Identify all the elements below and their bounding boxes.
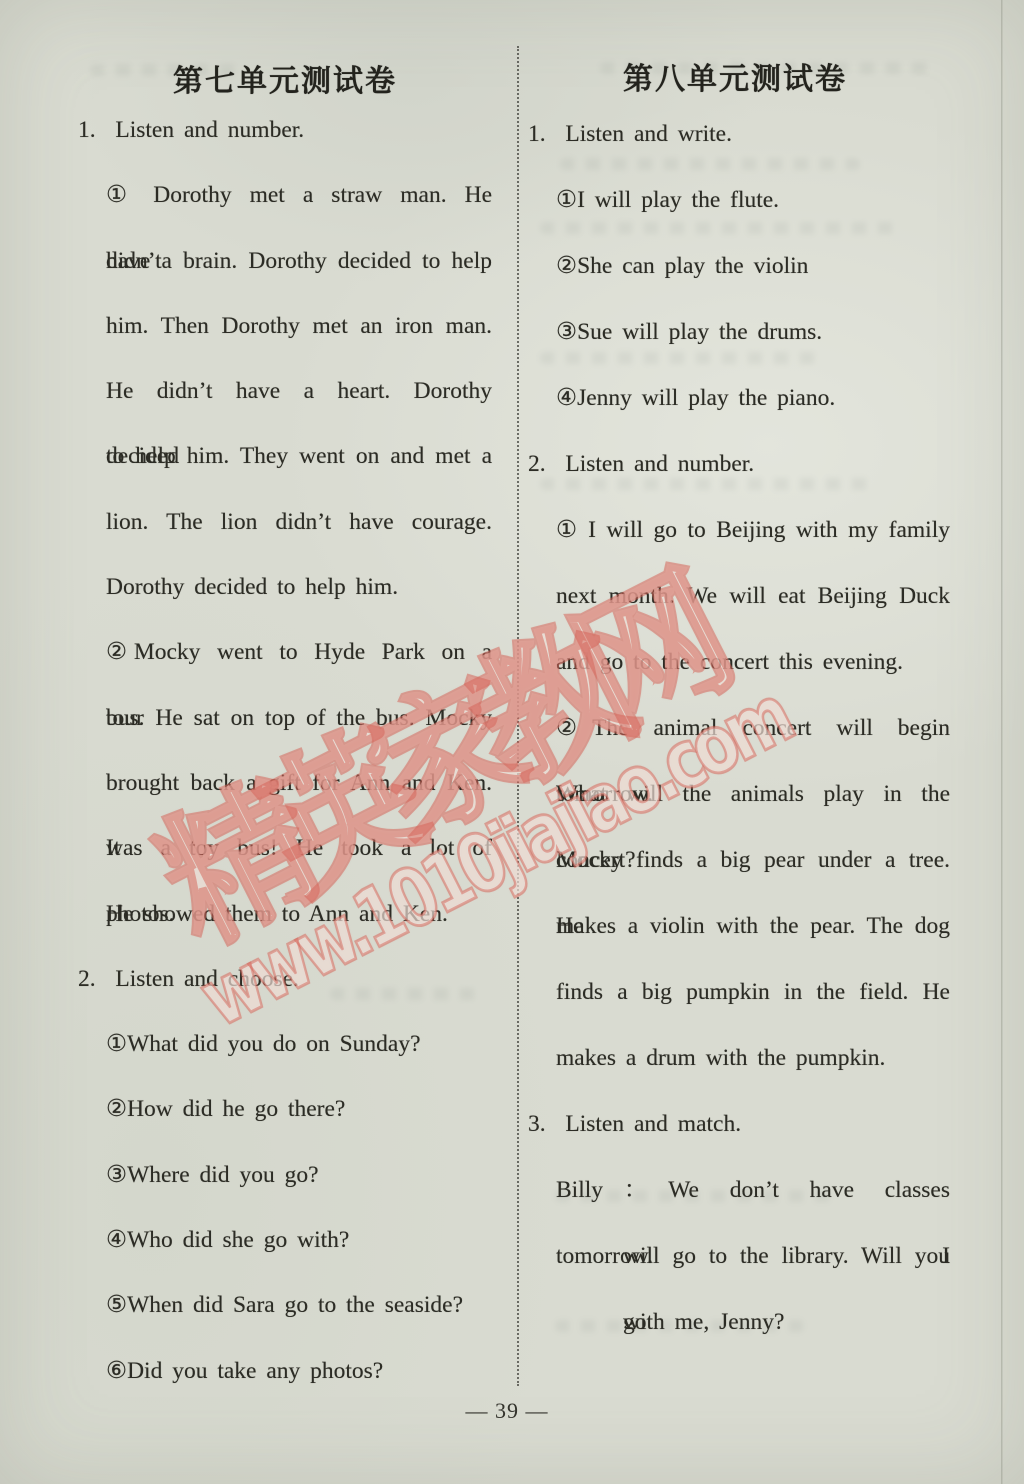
column-divider-dotted-line (517, 46, 519, 1386)
unit8-test-title: 第八单元测试卷 (528, 54, 942, 98)
text-line: Dorothy decided to help him. (78, 555, 492, 620)
text-line: ① Dorothy met a straw man. He didn’t (78, 163, 492, 228)
text-line: makes a drum with the pumpkin. (528, 1025, 950, 1091)
text-line: with me, Jenny? (528, 1289, 950, 1355)
text-line: He didn’t have a heart. Dorothy decided (78, 359, 492, 424)
scanned-workbook-page: 第七单元测试卷 第八单元测试卷 1. Listen and number.① D… (0, 0, 1024, 1484)
unit7-test-title: 第七单元测试卷 (78, 56, 492, 100)
text-line: ②Mocky went to Hyde Park on a tour (78, 620, 492, 685)
text-line: ④Jenny will play the piano. (528, 365, 950, 431)
text-line: 1. Listen and number. (78, 98, 492, 163)
text-line: ⑥Did you take any photos? (78, 1339, 492, 1404)
text-line: to help him. They went on and met a (78, 424, 492, 489)
text-line: ③Where did you go? (78, 1143, 492, 1208)
text-line: brought back a gift for Ann and Ken. It (78, 751, 492, 816)
text-line: and go to the concert this evening. (528, 629, 950, 695)
text-line: ④Who did she go with? (78, 1208, 492, 1273)
text-line: ⑤When did Sara go to the seaside? (78, 1273, 492, 1338)
text-line: ②The animal concert will begin tomorrow. (528, 695, 950, 761)
text-line: 1. Listen and write. (528, 101, 950, 167)
page-fold-crease (1001, 0, 1003, 1484)
text-line: have a brain. Dorothy decided to help (78, 229, 492, 294)
text-line: ②How did he go there? (78, 1077, 492, 1142)
text-line: bus. He sat on top of the bus. Mocky (78, 686, 492, 751)
text-line: makes a violin with the pear. The dog (528, 893, 950, 959)
text-line: 2. Listen and number. (528, 431, 950, 497)
text-line: ① I will go to Beijing with my family (528, 497, 950, 563)
text-line: 2. Listen and choose. (78, 947, 492, 1012)
text-line: 3. Listen and match. (528, 1091, 950, 1157)
text-line: He showed them to Ann and Ken. (78, 882, 492, 947)
text-line: ③Sue will play the drums. (528, 299, 950, 365)
text-line: finds a big pumpkin in the field. He (528, 959, 950, 1025)
unit8-transcript-column: 1. Listen and write.①I will play the flu… (528, 101, 950, 1355)
unit7-transcript-column: 1. Listen and number.① Dorothy met a str… (78, 98, 492, 1404)
text-line: was a toy bus! He took a lot of photos. (78, 816, 492, 881)
text-line: ①What did you do on Sunday? (78, 1012, 492, 1077)
text-line: him. Then Dorothy met an iron man. (78, 294, 492, 359)
page-number: — 39 — (78, 1398, 936, 1424)
text-line: lion. The lion didn’t have courage. (78, 490, 492, 555)
text-line: ②She can play the violin (528, 233, 950, 299)
text-line: ①I will play the flute. (528, 167, 950, 233)
text-line: What will the animals play in the concer… (528, 761, 950, 827)
text-line: Mocky finds a big pear under a tree. He (528, 827, 950, 893)
text-line: Billy：We don’t have classes tomorrow. I (528, 1157, 950, 1223)
text-line: next month. We will eat Beijing Duck (528, 563, 950, 629)
